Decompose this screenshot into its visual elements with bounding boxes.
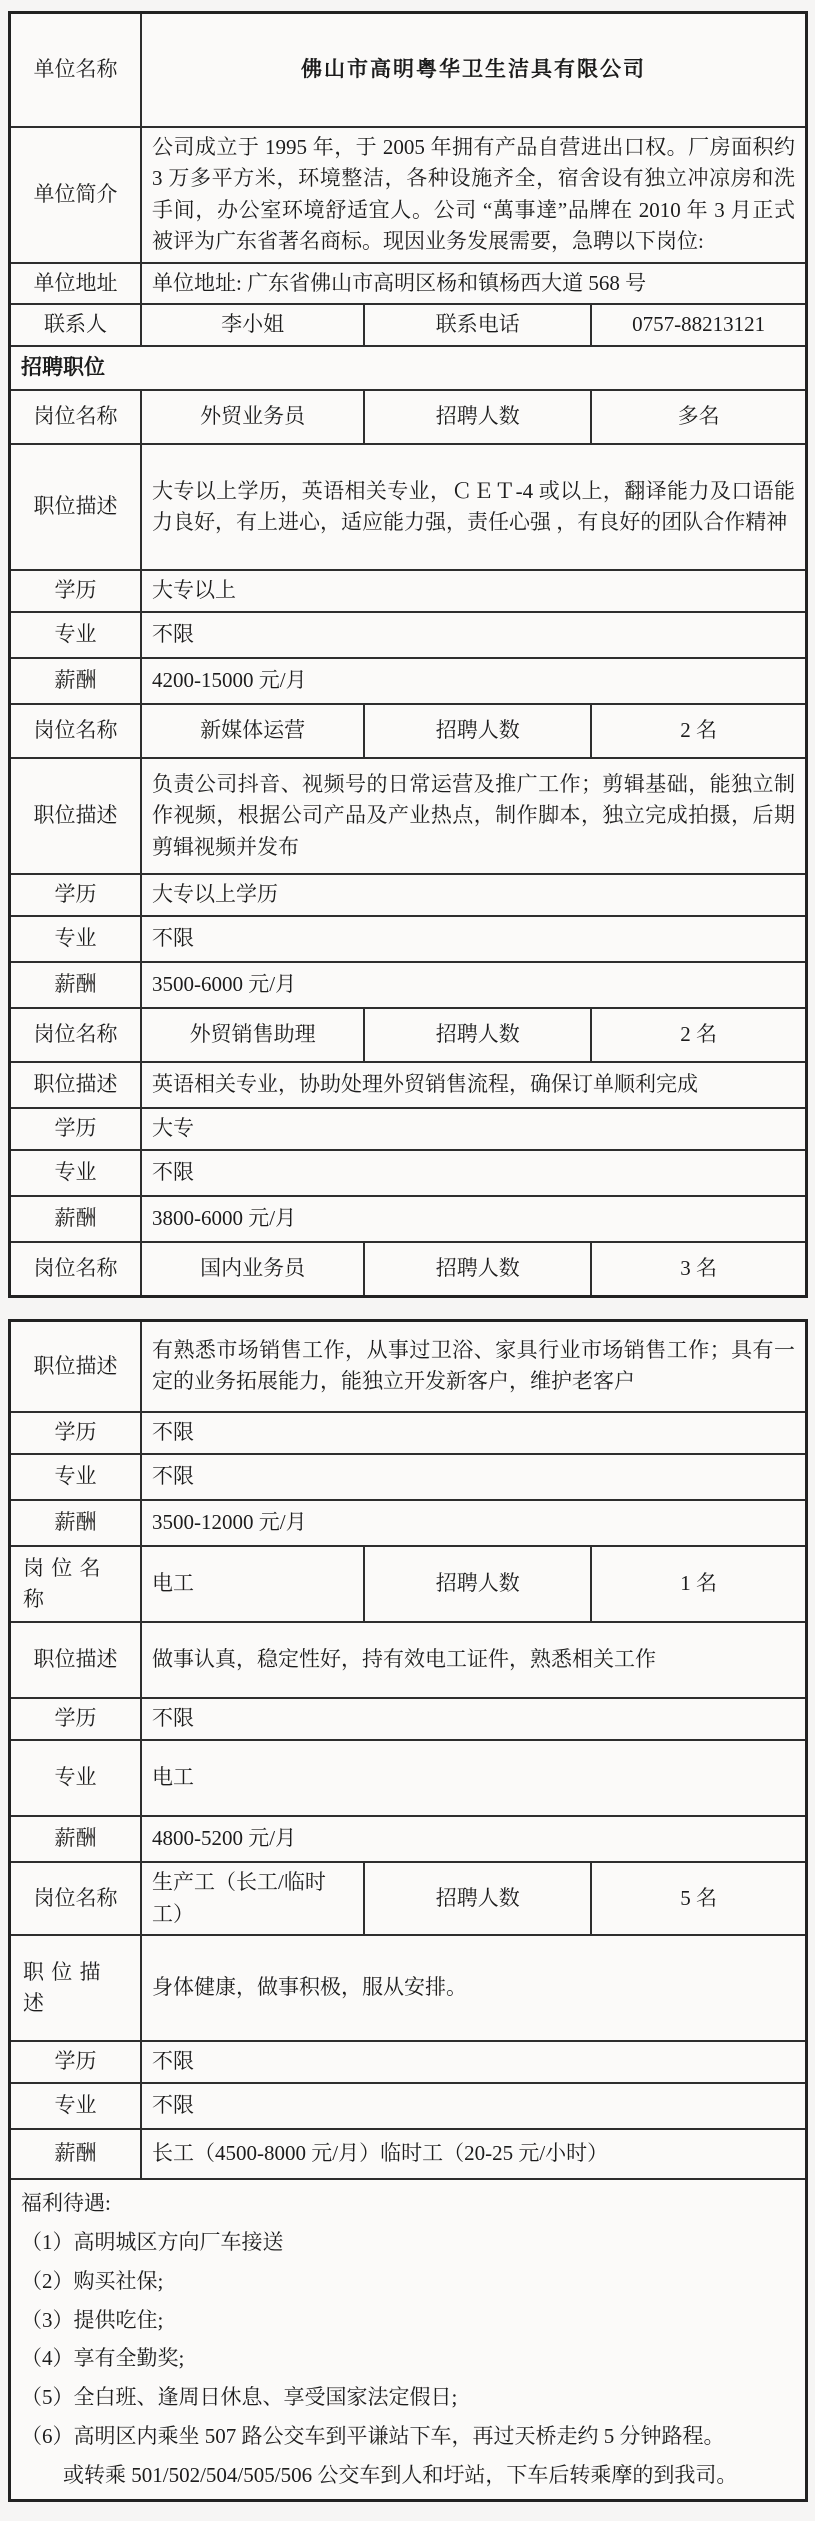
- job-2-salary-label: 薪酬: [10, 1196, 142, 1242]
- company-address-label: 单位地址: [10, 263, 142, 305]
- company-name-row: 单位名称 佛山市高明粤华卫生洁具有限公司: [10, 13, 807, 127]
- recruit-section-title: 招聘职位: [10, 346, 807, 390]
- job-0-salary-label: 薪酬: [10, 658, 142, 704]
- job-2-headcount-value: 2 名: [591, 1008, 806, 1062]
- job-0-headcount-value: 多名: [591, 390, 806, 444]
- job-2-desc-label: 职位描述: [10, 1062, 142, 1108]
- company-address-value: 单位地址: 广东省佛山市高明区杨和镇杨西大道 568 号: [141, 263, 807, 305]
- company-intro-value: 公司成立于 1995 年，于 2005 年拥有产品自营进出口权。厂房面积约 3 …: [141, 127, 807, 263]
- job-1-desc-label: 职位描述: [10, 758, 142, 874]
- job-3-edu-value: 不限: [141, 1412, 807, 1454]
- job-1-major-value: 不限: [141, 916, 807, 962]
- job-2-major-row: 专业 不限: [10, 1150, 807, 1196]
- job-3-position-row: 岗位名称 国内业务员 招聘人数 3 名: [10, 1242, 807, 1296]
- job-0-headcount-label: 招聘人数: [364, 390, 591, 444]
- job-2-desc-row: 职位描述 英语相关专业，协助处理外贸销售流程，确保订单顺利完成: [10, 1062, 807, 1108]
- job-0-desc-row: 职位描述 大专以上学历，英语相关专业，ＣＥＴ-4 或以上，翻译能力及口语能力良好…: [10, 444, 807, 570]
- job-1-edu-row: 学历 大专以上学历: [10, 874, 807, 916]
- job-1-desc-value: 负责公司抖音、视频号的日常运营及推广工作；剪辑基础，能独立制作视频，根据公司产品…: [141, 758, 807, 874]
- table-break-gap: [8, 1298, 808, 1319]
- job-3-major-value: 不限: [141, 1454, 807, 1500]
- benefits-title: 福利待遇:: [21, 2184, 795, 2223]
- job-3-edu-row: 学历 不限: [10, 1412, 807, 1454]
- job-3-salary-row: 薪酬 3500-12000 元/月: [10, 1500, 807, 1546]
- job-5-salary-label: 薪酬: [10, 2129, 142, 2179]
- job-3-major-row: 专业 不限: [10, 1454, 807, 1500]
- job-4-salary-label: 薪酬: [10, 1816, 142, 1862]
- job-2-desc-value: 英语相关专业，协助处理外贸销售流程，确保订单顺利完成: [141, 1062, 807, 1108]
- job-0-major-label: 专业: [10, 612, 142, 658]
- job-0-edu-row: 学历 大专以上: [10, 570, 807, 612]
- company-name-label: 单位名称: [10, 13, 142, 127]
- job-3-position-value: 国内业务员: [141, 1242, 364, 1296]
- job-4-position-value: 电工: [141, 1546, 364, 1622]
- job-4-edu-value: 不限: [141, 1698, 807, 1740]
- benefit-item-5: （5）全白班、逢周日休息、享受国家法定假日;: [21, 2378, 795, 2417]
- job-2-salary-value: 3800-6000 元/月: [141, 1196, 807, 1242]
- company-name-value: 佛山市高明粤华卫生洁具有限公司: [141, 13, 807, 127]
- job-4-salary-value: 4800-5200 元/月: [141, 1816, 807, 1862]
- job-4-major-label: 专业: [10, 1740, 142, 1816]
- job-0-position-row: 岗位名称 外贸业务员 招聘人数 多名: [10, 390, 807, 444]
- job-1-salary-label: 薪酬: [10, 962, 142, 1008]
- job-5-major-label: 专业: [10, 2083, 142, 2129]
- job-1-edu-value: 大专以上学历: [141, 874, 807, 916]
- job-1-salary-row: 薪酬 3500-6000 元/月: [10, 962, 807, 1008]
- job-3-salary-label: 薪酬: [10, 1500, 142, 1546]
- job-2-salary-row: 薪酬 3800-6000 元/月: [10, 1196, 807, 1242]
- benefit-item-1: （1）高明城区方向厂车接送: [21, 2223, 795, 2262]
- benefit-item-4: （4）享有全勤奖;: [21, 2339, 795, 2378]
- job-5-desc-value: 身体健康，做事积极，服从安排。: [141, 1935, 807, 2041]
- job-1-edu-label: 学历: [10, 874, 142, 916]
- job-0-position-label: 岗位名称: [10, 390, 142, 444]
- contact-label: 联系人: [10, 304, 142, 346]
- job-5-major-value: 不限: [141, 2083, 807, 2129]
- job-1-position-value: 新媒体运营: [141, 704, 364, 758]
- contact-value: 李小姐: [141, 304, 364, 346]
- job-1-headcount-value: 2 名: [591, 704, 806, 758]
- job-4-edu-label: 学历: [10, 1698, 142, 1740]
- benefits-row: 福利待遇: （1）高明城区方向厂车接送 （2）购买社保; （3）提供吃住; （4…: [10, 2179, 807, 2500]
- job-3-headcount-label: 招聘人数: [364, 1242, 591, 1296]
- job-4-major-row: 专业 电工: [10, 1740, 807, 1816]
- job-3-position-label: 岗位名称: [10, 1242, 142, 1296]
- job-5-headcount-label: 招聘人数: [364, 1862, 591, 1935]
- job-2-position-row: 岗位名称 外贸销售助理 招聘人数 2 名: [10, 1008, 807, 1062]
- job-0-major-value: 不限: [141, 612, 807, 658]
- job-4-desc-label: 职位描述: [10, 1622, 142, 1698]
- job-2-position-value: 外贸销售助理: [141, 1008, 364, 1062]
- benefit-item-2: （2）购买社保;: [21, 2262, 795, 2301]
- company-address-row: 单位地址 单位地址: 广东省佛山市高明区杨和镇杨西大道 568 号: [10, 263, 807, 305]
- job-4-salary-row: 薪酬 4800-5200 元/月: [10, 1816, 807, 1862]
- job-1-position-row: 岗位名称 新媒体运营 招聘人数 2 名: [10, 704, 807, 758]
- job-0-edu-value: 大专以上: [141, 570, 807, 612]
- job-2-headcount-label: 招聘人数: [364, 1008, 591, 1062]
- job-5-desc-row: 职 位 描 述 身体健康，做事积极，服从安排。: [10, 1935, 807, 2041]
- job-5-salary-row: 薪酬 长工（4500-8000 元/月）临时工（20-25 元/小时）: [10, 2129, 807, 2179]
- job-3-desc-row: 职位描述 有熟悉市场销售工作，从事过卫浴、家具行业市场销售工作；具有一定的业务拓…: [10, 1320, 807, 1412]
- job-3-desc-value: 有熟悉市场销售工作，从事过卫浴、家具行业市场销售工作；具有一定的业务拓展能力，能…: [141, 1320, 807, 1412]
- job-0-desc-value: 大专以上学历，英语相关专业，ＣＥＴ-4 或以上，翻译能力及口语能力良好，有上进心…: [141, 444, 807, 570]
- job-5-headcount-value: 5 名: [591, 1862, 806, 1935]
- job-1-position-label: 岗位名称: [10, 704, 142, 758]
- positions-table: 职位描述 有熟悉市场销售工作，从事过卫浴、家具行业市场销售工作；具有一定的业务拓…: [8, 1319, 808, 2502]
- job-3-headcount-value: 3 名: [591, 1242, 806, 1296]
- job-4-edu-row: 学历 不限: [10, 1698, 807, 1740]
- job-5-position-row: 岗位名称 生产工（长工/临时工） 招聘人数 5 名: [10, 1862, 807, 1935]
- job-3-major-label: 专业: [10, 1454, 142, 1500]
- job-0-desc-label: 职位描述: [10, 444, 142, 570]
- job-1-salary-value: 3500-6000 元/月: [141, 962, 807, 1008]
- job-0-edu-label: 学历: [10, 570, 142, 612]
- job-5-edu-value: 不限: [141, 2041, 807, 2083]
- phone-label: 联系电话: [364, 304, 591, 346]
- job-4-desc-value: 做事认真，稳定性好，持有效电工证件，熟悉相关工作: [141, 1622, 807, 1698]
- benefit-item-6: （6）高明区内乘坐 507 路公交车到平谦站下车，再过天桥走约 5 分钟路程。 …: [21, 2417, 795, 2495]
- job-1-major-label: 专业: [10, 916, 142, 962]
- job-4-position-row: 岗 位 名 称 电工 招聘人数 1 名: [10, 1546, 807, 1622]
- job-4-major-value: 电工: [141, 1740, 807, 1816]
- job-0-major-row: 专业 不限: [10, 612, 807, 658]
- job-4-position-label: 岗 位 名 称: [10, 1546, 142, 1622]
- contact-row: 联系人 李小姐 联系电话 0757-88213121: [10, 304, 807, 346]
- job-3-salary-value: 3500-12000 元/月: [141, 1500, 807, 1546]
- company-info-table: 单位名称 佛山市高明粤华卫生洁具有限公司 单位简介 公司成立于 1995 年，于…: [8, 11, 808, 1298]
- job-0-salary-value: 4200-15000 元/月: [141, 658, 807, 704]
- company-intro-row: 单位简介 公司成立于 1995 年，于 2005 年拥有产品自营进出口权。厂房面…: [10, 127, 807, 263]
- job-2-major-label: 专业: [10, 1150, 142, 1196]
- job-5-edu-row: 学历 不限: [10, 2041, 807, 2083]
- company-intro-label: 单位简介: [10, 127, 142, 263]
- job-3-edu-label: 学历: [10, 1412, 142, 1454]
- job-2-major-value: 不限: [141, 1150, 807, 1196]
- recruit-section-row: 招聘职位: [10, 346, 807, 390]
- job-2-position-label: 岗位名称: [10, 1008, 142, 1062]
- job-1-desc-row: 职位描述 负责公司抖音、视频号的日常运营及推广工作；剪辑基础，能独立制作视频，根…: [10, 758, 807, 874]
- job-0-salary-row: 薪酬 4200-15000 元/月: [10, 658, 807, 704]
- job-1-major-row: 专业 不限: [10, 916, 807, 962]
- job-3-desc-label: 职位描述: [10, 1320, 142, 1412]
- job-5-position-label: 岗位名称: [10, 1862, 142, 1935]
- job-2-edu-row: 学历 大专: [10, 1108, 807, 1150]
- job-2-edu-label: 学历: [10, 1108, 142, 1150]
- job-5-position-value: 生产工（长工/临时工）: [141, 1862, 364, 1935]
- phone-value: 0757-88213121: [591, 304, 806, 346]
- job-1-headcount-label: 招聘人数: [364, 704, 591, 758]
- benefits-cell: 福利待遇: （1）高明城区方向厂车接送 （2）购买社保; （3）提供吃住; （4…: [10, 2179, 807, 2500]
- job-5-edu-label: 学历: [10, 2041, 142, 2083]
- job-0-position-value: 外贸业务员: [141, 390, 364, 444]
- job-5-salary-value: 长工（4500-8000 元/月）临时工（20-25 元/小时）: [141, 2129, 807, 2179]
- job-4-desc-row: 职位描述 做事认真，稳定性好，持有效电工证件，熟悉相关工作: [10, 1622, 807, 1698]
- job-posting-page: 单位名称 佛山市高明粤华卫生洁具有限公司 单位简介 公司成立于 1995 年，于…: [0, 0, 815, 2516]
- job-5-desc-label: 职 位 描 述: [10, 1935, 142, 2041]
- job-5-major-row: 专业 不限: [10, 2083, 807, 2129]
- job-2-edu-value: 大专: [141, 1108, 807, 1150]
- job-4-headcount-label: 招聘人数: [364, 1546, 591, 1622]
- benefit-item-3: （3）提供吃住;: [21, 2301, 795, 2340]
- job-4-headcount-value: 1 名: [591, 1546, 806, 1622]
